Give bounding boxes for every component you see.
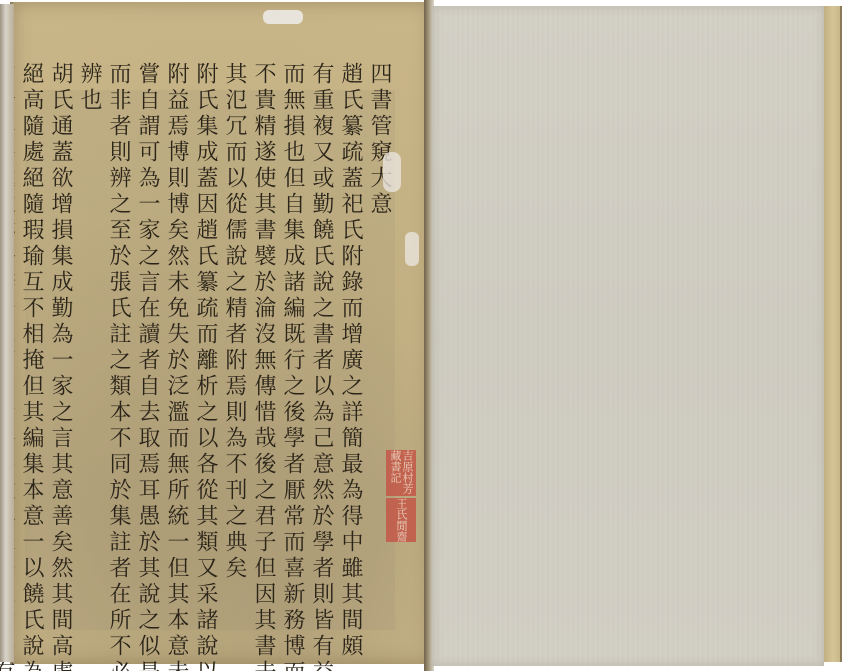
- paper-tear: [263, 10, 303, 24]
- text-column: 胡氏通蓋欲增損集成勤為一家之言其意善矣然其間高處: [47, 62, 74, 662]
- text-columns: 四書管窺大意 趙氏纂疏蓋祀氏附錄而增廣之詳簡最為得中雖其間頗 有重複又或勤饒氏說…: [0, 62, 393, 662]
- left-page: 四書管窺大意 趙氏纂疏蓋祀氏附錄而增廣之詳簡最為得中雖其間頗 有重複又或勤饒氏說…: [10, 2, 431, 664]
- text-column: 絕高隨處絕隨瑕瑜互不相掩但其編集本意一以饒氏說為: [18, 62, 45, 662]
- right-page-blank: [432, 6, 824, 666]
- text-column: 不貴精遂使其書襞於淪沒無傳惜哉後之君子但因其書去: [250, 62, 277, 662]
- text-column: 其氾冗而以從儒說之精者附焉則為不刊之典矣: [221, 62, 248, 662]
- text-column: 嘗自謂可為一家之言在讀者自去取焉耳愚於其說之似是: [134, 62, 161, 662]
- text-column: 趙氏纂疏蓋祀氏附錄而增廣之詳簡最為得中雖其間頗: [337, 62, 364, 662]
- text-column: 附氏集成蓋因趙氏纂疏而離析之以各從其類又采諸說以: [192, 62, 219, 662]
- left-page-edge: [0, 4, 14, 662]
- text-column: 辨也: [76, 62, 103, 662]
- collector-seal-upper: 吉原村芳藏書記: [386, 450, 416, 496]
- right-page-edge: [824, 6, 842, 662]
- book-spread: 四書管窺大意 趙氏纂疏蓋祀氏附錄而增廣之詳簡最為得中雖其間頗 有重複又或勤饒氏說…: [0, 0, 850, 671]
- paper-tear: [383, 152, 401, 192]
- text-column: 而非者則辨之至於張氏註之類本不同於集註者在所不必: [105, 62, 132, 662]
- text-column: 而無損也但自集成諸編既行之後學者厭常而喜新務博而: [279, 62, 306, 662]
- paper-tear: [405, 232, 419, 266]
- collector-seal-lower: 王氏閒齋: [386, 498, 416, 542]
- text-column: 附益焉博則博矣然未免失於泛濫而無所統一但其本意未: [163, 62, 190, 662]
- text-column: 有重複又或勤饒氏說之書者以為己意然於學者則皆有益: [308, 62, 335, 662]
